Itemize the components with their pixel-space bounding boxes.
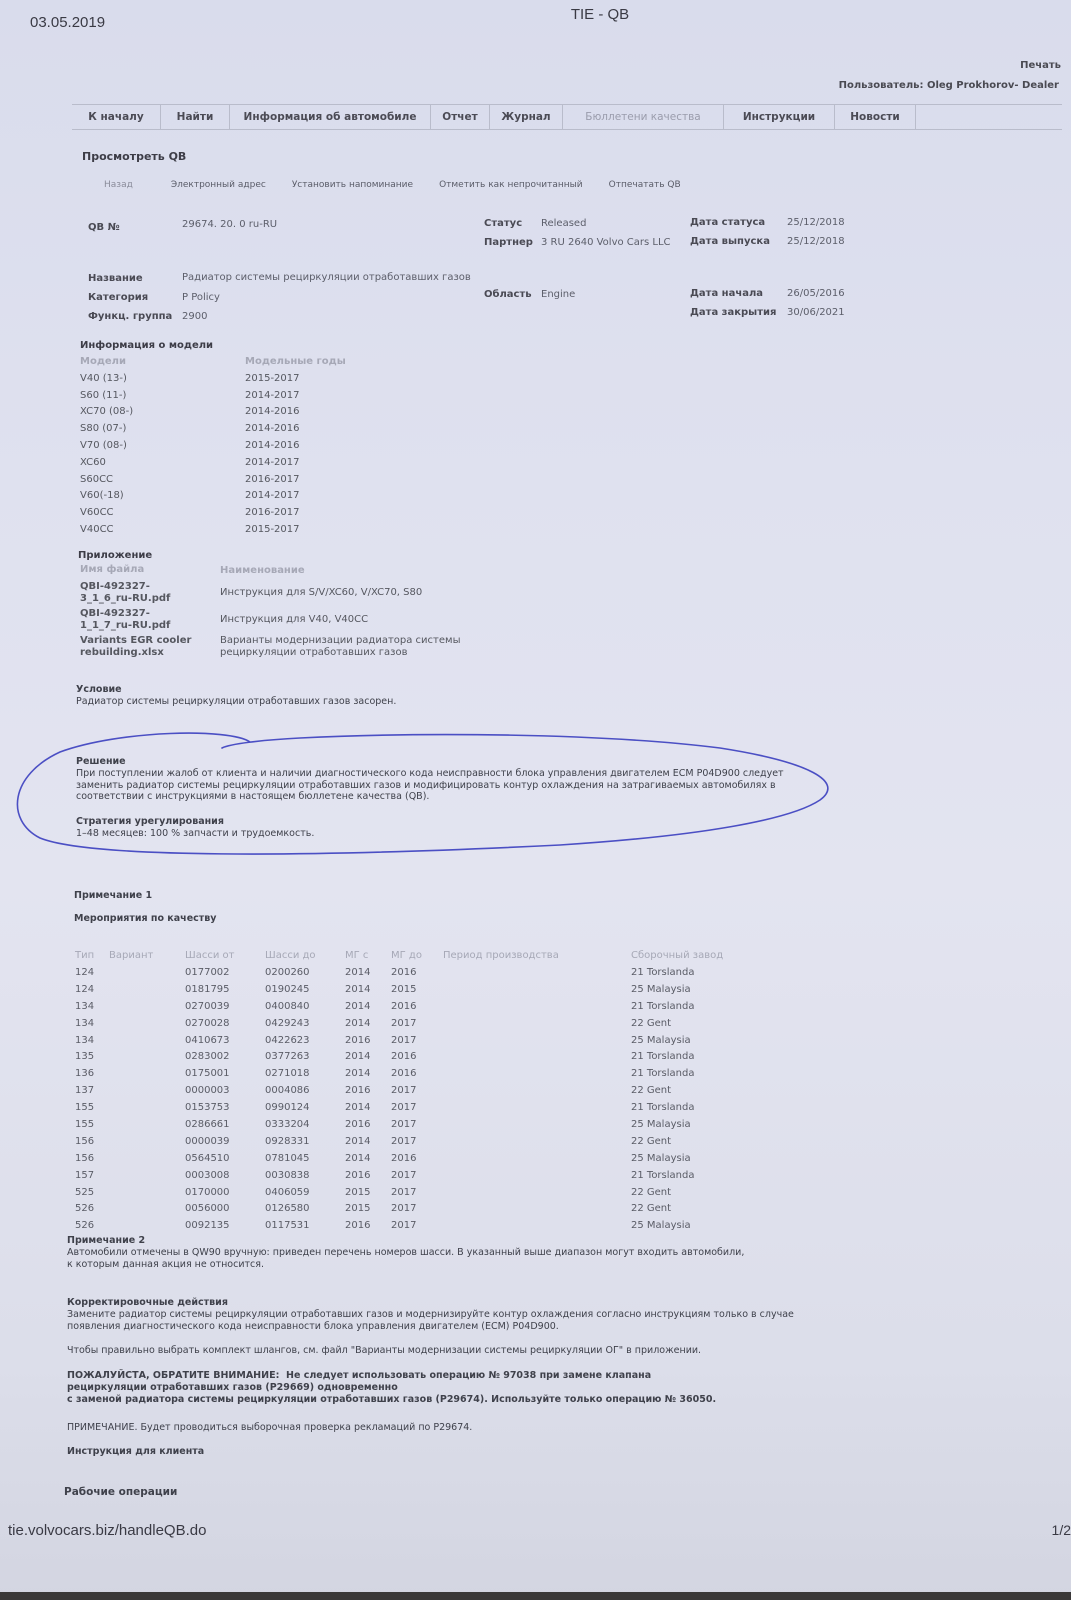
quality-cell: 2015 bbox=[345, 1200, 391, 1217]
quality-cell bbox=[443, 1032, 631, 1049]
quality-cell: 2014 bbox=[345, 1048, 391, 1065]
quality-row: 124017700202002602014201621 Torslanda bbox=[75, 964, 771, 981]
quality-cell bbox=[109, 1184, 185, 1201]
quality-cell: 0564510 bbox=[185, 1150, 265, 1167]
quality-cell: 2017 bbox=[391, 1015, 443, 1032]
quality-heading: Мероприятия по качеству bbox=[74, 913, 216, 924]
quality-cell bbox=[109, 1099, 185, 1116]
quality-row: 156056451007810452014201625 Malaysia bbox=[75, 1150, 771, 1167]
quality-cell bbox=[109, 1015, 185, 1032]
quality-cell: 0286661 bbox=[185, 1116, 265, 1133]
quality-cell bbox=[443, 1015, 631, 1032]
quality-cell: 0170000 bbox=[185, 1184, 265, 1201]
quality-row: 156000003909283312014201722 Gent bbox=[75, 1133, 771, 1150]
quality-cell bbox=[443, 964, 631, 981]
quality-cell: 2015 bbox=[345, 1184, 391, 1201]
quality-cell bbox=[109, 1217, 185, 1234]
quality-cell: 2017 bbox=[391, 1167, 443, 1184]
quality-row: 134027003904008402014201621 Torslanda bbox=[75, 998, 771, 1015]
quality-cell: 2016 bbox=[391, 1065, 443, 1082]
quality-cell: 155 bbox=[75, 1099, 109, 1116]
quality-row: 137000000300040862016201722 Gent bbox=[75, 1082, 771, 1099]
quality-cell: 2016 bbox=[345, 1082, 391, 1099]
quality-cell: 0200260 bbox=[265, 964, 345, 981]
quality-cell bbox=[443, 1184, 631, 1201]
quality-cell: 0003008 bbox=[185, 1167, 265, 1184]
quality-cell: 2014 bbox=[345, 1065, 391, 1082]
quality-cell: 2014 bbox=[345, 964, 391, 981]
quality-cell: 0177002 bbox=[185, 964, 265, 981]
quality-cell bbox=[109, 1032, 185, 1049]
quality-cell bbox=[109, 998, 185, 1015]
quality-row: 525017000004060592015201722 Gent bbox=[75, 1184, 771, 1201]
quality-cell bbox=[443, 981, 631, 998]
quality-cell bbox=[443, 998, 631, 1015]
quality-col-header: Шасси до bbox=[265, 946, 345, 964]
quality-col-header: Сборочный завод bbox=[631, 946, 771, 964]
corrective-heading: Корректировочные действия bbox=[67, 1297, 228, 1308]
quality-cell bbox=[443, 1167, 631, 1184]
quality-cell bbox=[109, 1048, 185, 1065]
quality-cell bbox=[109, 1200, 185, 1217]
quality-cell: 2017 bbox=[391, 1116, 443, 1133]
quality-row: 136017500102710182014201621 Torslanda bbox=[75, 1065, 771, 1082]
quality-cell: 2014 bbox=[345, 981, 391, 998]
quality-cell: 124 bbox=[75, 964, 109, 981]
quality-cell: 2017 bbox=[391, 1184, 443, 1201]
quality-cell: 2014 bbox=[345, 1133, 391, 1150]
quality-cell: 0190245 bbox=[265, 981, 345, 998]
quality-cell: 21 Torslanda bbox=[631, 1065, 771, 1082]
quality-cell bbox=[443, 1116, 631, 1133]
quality-cell bbox=[109, 1133, 185, 1150]
photo-edge bbox=[0, 1592, 1071, 1600]
quality-row: 157000300800308382016201721 Torslanda bbox=[75, 1167, 771, 1184]
customer-instructions-heading: Инструкция для клиента bbox=[67, 1446, 204, 1457]
quality-cell: 2015 bbox=[391, 981, 443, 998]
quality-row: 135028300203772632014201621 Torslanda bbox=[75, 1048, 771, 1065]
quality-cell bbox=[443, 1150, 631, 1167]
quality-cell: 0270028 bbox=[185, 1015, 265, 1032]
quality-cell: 137 bbox=[75, 1082, 109, 1099]
quality-cell: 2014 bbox=[345, 998, 391, 1015]
quality-cell: 21 Torslanda bbox=[631, 1167, 771, 1184]
warning-text: ПОЖАЛУЙСТА, ОБРАТИТЕ ВНИМАНИЕ: Не следуе… bbox=[67, 1370, 716, 1406]
note1-heading: Примечание 1 bbox=[74, 890, 152, 901]
quality-cell: 0000039 bbox=[185, 1133, 265, 1150]
quality-cell: 0422623 bbox=[265, 1032, 345, 1049]
quality-cell: 134 bbox=[75, 998, 109, 1015]
quality-cell bbox=[109, 964, 185, 981]
quality-cell: 157 bbox=[75, 1167, 109, 1184]
quality-cell: 136 bbox=[75, 1065, 109, 1082]
quality-cell: 0092135 bbox=[185, 1217, 265, 1234]
quality-row: 155028666103332042016201725 Malaysia bbox=[75, 1116, 771, 1133]
quality-cell: 2016 bbox=[391, 1048, 443, 1065]
quality-cell bbox=[443, 1099, 631, 1116]
quality-cell: 0030838 bbox=[265, 1167, 345, 1184]
work-operations-heading: Рабочие операции bbox=[64, 1486, 177, 1498]
hoses-text: Чтобы правильно выбрать комплект шлангов… bbox=[67, 1345, 701, 1357]
quality-cell: 25 Malaysia bbox=[631, 1217, 771, 1234]
quality-cell: 0004086 bbox=[265, 1082, 345, 1099]
quality-cell: 2014 bbox=[345, 1099, 391, 1116]
corrective-text: Замените радиатор системы рециркуляции о… bbox=[67, 1309, 807, 1332]
quality-cell: 21 Torslanda bbox=[631, 964, 771, 981]
quality-cell: 2017 bbox=[391, 1200, 443, 1217]
quality-cell: 25 Malaysia bbox=[631, 1116, 771, 1133]
warning-line-1: Не следует использовать операцию № 97038… bbox=[286, 1370, 651, 1381]
quality-cell bbox=[443, 1048, 631, 1065]
quality-cell: 0056000 bbox=[185, 1200, 265, 1217]
quality-cell: 2017 bbox=[391, 1032, 443, 1049]
quality-cell bbox=[443, 1065, 631, 1082]
quality-cell: 0928331 bbox=[265, 1133, 345, 1150]
quality-cell: 22 Gent bbox=[631, 1015, 771, 1032]
quality-cell: 2017 bbox=[391, 1099, 443, 1116]
claims-note: ПРИМЕЧАНИЕ. Будет проводиться выборочная… bbox=[67, 1422, 472, 1434]
quality-cell: 2016 bbox=[345, 1217, 391, 1234]
quality-row: 526005600001265802015201722 Gent bbox=[75, 1200, 771, 1217]
quality-col-header: Вариант bbox=[109, 946, 185, 964]
quality-cell: 124 bbox=[75, 981, 109, 998]
quality-row: 124018179501902452014201525 Malaysia bbox=[75, 981, 771, 998]
quality-cell: 2017 bbox=[391, 1082, 443, 1099]
quality-cell: 0781045 bbox=[265, 1150, 345, 1167]
quality-cell bbox=[443, 1217, 631, 1234]
quality-cell: 25 Malaysia bbox=[631, 1032, 771, 1049]
quality-cell: 2016 bbox=[345, 1116, 391, 1133]
page-url: tie.volvocars.biz/handleQB.do bbox=[8, 1522, 206, 1539]
quality-cell: 2017 bbox=[391, 1217, 443, 1234]
quality-cell: 0175001 bbox=[185, 1065, 265, 1082]
quality-cell bbox=[109, 1082, 185, 1099]
warning-lead: ПОЖАЛУЙСТА, ОБРАТИТЕ ВНИМАНИЕ: bbox=[67, 1370, 279, 1381]
quality-cell: 2016 bbox=[391, 964, 443, 981]
quality-cell: 0270039 bbox=[185, 998, 265, 1015]
quality-cell: 0429243 bbox=[265, 1015, 345, 1032]
quality-cell bbox=[109, 1065, 185, 1082]
quality-row: 134041067304226232016201725 Malaysia bbox=[75, 1032, 771, 1049]
quality-cell: 0377263 bbox=[265, 1048, 345, 1065]
quality-cell: 2017 bbox=[391, 1133, 443, 1150]
quality-cell: 156 bbox=[75, 1150, 109, 1167]
quality-col-header: МГ до bbox=[391, 946, 443, 964]
quality-cell: 0000003 bbox=[185, 1082, 265, 1099]
quality-col-header: Шасси от bbox=[185, 946, 265, 964]
quality-cell: 0406059 bbox=[265, 1184, 345, 1201]
quality-cell: 2016 bbox=[345, 1167, 391, 1184]
quality-cell: 525 bbox=[75, 1184, 109, 1201]
quality-cell: 155 bbox=[75, 1116, 109, 1133]
quality-cell: 21 Torslanda bbox=[631, 1048, 771, 1065]
quality-cell: 156 bbox=[75, 1133, 109, 1150]
quality-cell: 2014 bbox=[345, 1015, 391, 1032]
page-number: 1/2 bbox=[1052, 1522, 1071, 1538]
quality-cell bbox=[109, 1167, 185, 1184]
quality-cell: 21 Torslanda bbox=[631, 1099, 771, 1116]
quality-cell: 0153753 bbox=[185, 1099, 265, 1116]
quality-cell: 0271018 bbox=[265, 1065, 345, 1082]
quality-cell: 0181795 bbox=[185, 981, 265, 998]
quality-col-header: Период производства bbox=[443, 946, 631, 964]
warning-line-3: с заменой радиатора системы рециркуляции… bbox=[67, 1394, 716, 1405]
quality-cell bbox=[109, 1116, 185, 1133]
quality-cell bbox=[443, 1200, 631, 1217]
quality-table-header: ТипВариантШасси отШасси доМГ сМГ доПерио… bbox=[75, 946, 771, 964]
quality-col-header: Тип bbox=[75, 946, 109, 964]
quality-cell: 526 bbox=[75, 1200, 109, 1217]
quality-cell: 0410673 bbox=[185, 1032, 265, 1049]
note2-heading: Примечание 2 bbox=[67, 1235, 145, 1246]
quality-cell: 0283002 bbox=[185, 1048, 265, 1065]
quality-cell bbox=[109, 1150, 185, 1167]
quality-cell: 22 Gent bbox=[631, 1082, 771, 1099]
quality-cell: 135 bbox=[75, 1048, 109, 1065]
quality-cell bbox=[443, 1133, 631, 1150]
quality-cell: 22 Gent bbox=[631, 1184, 771, 1201]
pen-circle-annotation bbox=[0, 0, 1071, 900]
quality-cell bbox=[109, 981, 185, 998]
quality-cell: 21 Torslanda bbox=[631, 998, 771, 1015]
quality-cell: 2016 bbox=[391, 998, 443, 1015]
quality-row: 134027002804292432014201722 Gent bbox=[75, 1015, 771, 1032]
quality-cell: 134 bbox=[75, 1032, 109, 1049]
quality-cell: 0333204 bbox=[265, 1116, 345, 1133]
quality-row: 155015375309901242014201721 Torslanda bbox=[75, 1099, 771, 1116]
quality-row: 526009213501175312016201725 Malaysia bbox=[75, 1217, 771, 1234]
quality-cell: 25 Malaysia bbox=[631, 981, 771, 998]
quality-cell: 25 Malaysia bbox=[631, 1150, 771, 1167]
note2-text: Автомобили отмечены в QW90 вручную: прив… bbox=[67, 1247, 747, 1270]
warning-line-2: рециркуляции отработавших газов (P29669)… bbox=[67, 1382, 398, 1393]
quality-cell: 0117531 bbox=[265, 1217, 345, 1234]
quality-cell: 0126580 bbox=[265, 1200, 345, 1217]
quality-cell: 2016 bbox=[391, 1150, 443, 1167]
quality-col-header: МГ с bbox=[345, 946, 391, 964]
quality-cell: 22 Gent bbox=[631, 1200, 771, 1217]
quality-cell: 526 bbox=[75, 1217, 109, 1234]
quality-actions-table: ТипВариантШасси отШасси доМГ сМГ доПерио… bbox=[75, 946, 771, 1234]
quality-cell: 2016 bbox=[345, 1032, 391, 1049]
quality-cell: 0990124 bbox=[265, 1099, 345, 1116]
quality-cell: 0400840 bbox=[265, 998, 345, 1015]
quality-cell: 22 Gent bbox=[631, 1133, 771, 1150]
quality-cell: 2014 bbox=[345, 1150, 391, 1167]
quality-cell: 134 bbox=[75, 1015, 109, 1032]
quality-cell bbox=[443, 1082, 631, 1099]
